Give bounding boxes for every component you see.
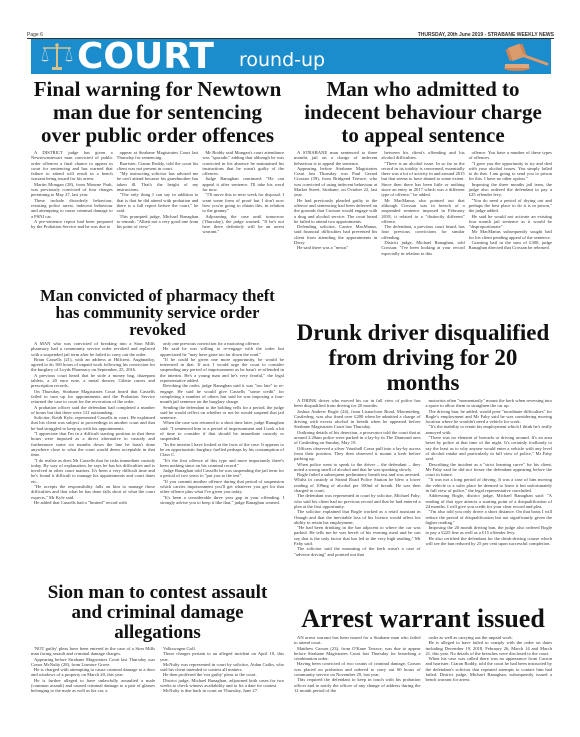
article-column: AN arrest warrant has been issued for a …	[294, 635, 421, 693]
dateline: THURSDAY, 20th June 2019 - STRABANE WEEK…	[418, 32, 554, 38]
article-drunk-driver: Drunk driver disqualified from driving f…	[294, 320, 552, 557]
paragraph: Bogle failed a subsequent preliminary br…	[294, 472, 421, 493]
paragraph: Outlining details of his detection, a pr…	[294, 430, 421, 446]
paragraph: McNulty was represented in court by soli…	[160, 662, 284, 673]
paragraph: "It's been a considerable three year gap…	[160, 495, 284, 506]
banner-subtitle: round-up	[239, 50, 325, 70]
paragraph: When his case was called there was no ap…	[426, 656, 553, 682]
headline: Drunk driver disqualified from driving f…	[294, 320, 552, 395]
paragraph: "He had been drinking in the bar adjacen…	[294, 525, 421, 546]
paragraph: Mr MacManus also pointed out that althou…	[381, 198, 464, 224]
headline: Final warning for Newtown man due for se…	[31, 78, 284, 147]
paragraph: "There was no element of bravado or driv…	[426, 435, 553, 461]
paragraph: Judge Ranaghan told Cassells he was susp…	[160, 468, 284, 479]
scales-of-justice-icon	[39, 42, 75, 72]
paragraph: "It's the inability to retain his employ…	[426, 424, 553, 435]
paragraph: "I gave you the opportunity to try and d…	[469, 161, 552, 182]
paragraph: Barrister, Ciaran Roddy, told the court …	[117, 161, 199, 172]
paragraph: Judge Ranaghan continued: "He can appeal…	[202, 176, 284, 192]
article-column: between his client's offending and his a…	[381, 150, 464, 256]
article-column: A DISTRICT judge has given a Newtownstew…	[31, 150, 113, 235]
paragraph: He is alleged to have failed to comply w…	[426, 640, 553, 656]
court-roundup-banner: COURT round-up	[31, 39, 551, 74]
paragraph: "It was not a long period of driving. It…	[426, 477, 553, 493]
paragraph: between his client's offending and his a…	[381, 150, 464, 161]
article-arrest-warrant: Arrest warrant issued AN arrest warrant …	[294, 606, 552, 693]
paragraph: Having been convicted of two counts of c…	[294, 661, 421, 677]
paragraph: He added that Cassells had a "limited" r…	[31, 500, 155, 505]
article-newtown: Final warning for Newtown man due for se…	[31, 78, 284, 235]
paragraph: motorists often "momentarily" mount the …	[426, 398, 553, 409]
paragraph: Mr MacManus subsequently sought bail for…	[469, 229, 552, 240]
paragraph: "You do need a period of drying out and …	[469, 198, 552, 214]
paragraph: "I'm also told you only drove a short di…	[426, 509, 553, 525]
paragraph: Mr Roddy said Mongan's court attendance …	[202, 150, 284, 176]
paragraph: offence. You have a number of these type…	[469, 150, 552, 161]
article-pharmacy-theft: Man convicted of pharmacy theft has comm…	[31, 287, 284, 505]
paragraph: AN arrest warrant has been issued for a …	[294, 635, 421, 646]
paragraph: A MAN who was convicted of breaking into…	[31, 341, 155, 357]
article-indecent-behaviour: Man who admitted to indecent behaviour c…	[294, 78, 552, 256]
paragraph: Adjourning the case until tomorrow (Thur…	[202, 214, 284, 235]
page-number: Page 6	[27, 32, 43, 38]
paragraph: District judge, Michael Ranaghan, adjour…	[160, 678, 284, 689]
paragraph: "I do realise as does Mr Cassells that h…	[31, 458, 155, 484]
paragraph: A DRINK driver who moved his car in full…	[294, 398, 421, 409]
paragraph: The solicitor explained that Bogle worke…	[294, 509, 421, 525]
paragraph: Addressing Bogle, district judge, Michae…	[426, 493, 553, 509]
paragraph: Revoking the order, judge Ranaghan said …	[160, 383, 284, 404]
paragraph: He said he was willing to re-engage with…	[160, 346, 284, 357]
paragraph: He had previously pleaded guilty to the …	[294, 198, 377, 224]
paragraph: Matthew Carson (23), from O'Kane Terrace…	[294, 646, 421, 662]
paragraph: "The only thing I can say in addition to…	[117, 192, 199, 213]
article-column: A STRABANE man sentenced to three months…	[294, 150, 377, 256]
paragraph: These include disorderly behaviour, resi…	[31, 198, 113, 219]
paragraph: Granting bail in the sum of £300, judge …	[469, 240, 552, 251]
paragraph: He is charged with attempting to cause c…	[31, 667, 155, 678]
article-column: offence. You have a number of these type…	[469, 150, 552, 256]
paragraph: Martin Mongan (28), from Mourne Park, wa…	[31, 182, 113, 198]
paragraph: The solicitor said the mounting of the k…	[294, 546, 421, 557]
banner-title: COURT	[77, 39, 214, 74]
paragraph: "If he could be given one more opportuni…	[160, 357, 284, 383]
paragraph: The defendant was represented in court b…	[294, 493, 421, 509]
headline: Man who admitted to indecent behaviour c…	[294, 78, 552, 147]
paragraph: A pre-sentence report had been prepared …	[31, 219, 113, 230]
paragraph: Solicitor, Keith Kyle, represented Casse…	[31, 415, 155, 431]
paragraph: 'NOT guilty' pleas have been entered in …	[31, 646, 155, 657]
paragraph: A DISTRICT judge has given a Newtownstew…	[31, 150, 113, 182]
article-column: A MAN who was convicted of breaking into…	[31, 341, 155, 505]
paragraph: Appearing before Strabane Magistrates Co…	[294, 166, 377, 198]
paragraph: This required the defendant to keep in t…	[294, 677, 421, 693]
paragraph: The defendant, a previous court heard, h…	[381, 224, 464, 240]
article-column: order as well as carrying out the unpaid…	[426, 635, 553, 693]
paragraph: The driving ban, he added, would pose "i…	[426, 409, 553, 425]
paragraph: appear at Strabane Magistrates Court las…	[117, 150, 199, 161]
paragraph: "I appreciate that I'm in a difficult st…	[31, 431, 155, 457]
paragraph: He said he would not activate an existin…	[469, 214, 552, 230]
headline: Man convicted of pharmacy theft has comm…	[31, 287, 284, 338]
article-column: only one previous conviction for a motor…	[160, 341, 284, 505]
paragraph: Those charges pertain to an alleged inci…	[160, 651, 284, 662]
paragraph: Defending solicitor, Canice MacManus, sa…	[294, 224, 377, 245]
headline: Sion man to contest assault and criminal…	[31, 583, 284, 643]
paragraph: "He accepts the responsibility falls on …	[31, 484, 155, 500]
article-column: appear at Strabane Magistrates Court las…	[117, 150, 199, 235]
article-sion-man: Sion man to contest assault and criminal…	[31, 583, 284, 694]
paragraph: "It's the first offence of this type and…	[160, 458, 284, 469]
paragraph: "I'll move this to next week for disposa…	[202, 192, 284, 213]
paragraph: Sending the defendant to the holding cel…	[160, 405, 284, 421]
paragraph: "If you commit another offence during th…	[160, 479, 284, 495]
paragraph: A STRABANE man sentenced to three months…	[294, 150, 377, 166]
paragraph: "My instructing solicitor has advised me…	[117, 171, 199, 192]
paragraph: Imposing the three months jail term, the…	[469, 182, 552, 198]
paragraph: Describing the incident as a "strict lea…	[426, 462, 553, 478]
paragraph: Brian Cassells (21), with an address at …	[31, 357, 155, 373]
paragraph: This prompted judge, Michael Ranaghan to…	[117, 214, 199, 230]
article-column: Mr Roddy said Mongan's court attendance …	[202, 150, 284, 235]
article-column: A DRINK driver who moved his car in full…	[294, 398, 421, 557]
paragraph: When the case was returned to a short ti…	[160, 420, 284, 441]
paragraph: On Thursday, Strabane Magistrates Court …	[31, 389, 155, 405]
paragraph: A previous court heard that he stole a m…	[31, 373, 155, 389]
article-column: Volkswagen Golf. Those charges pertain t…	[160, 646, 284, 694]
paragraph: McNulty is due back in court on Thursday…	[160, 688, 284, 693]
article-column: motorists often "momentarily" mount the …	[426, 398, 553, 557]
paragraph: He said there was a "nexus"	[294, 245, 377, 250]
paragraph: A probation officer said the defendant h…	[31, 405, 155, 416]
paragraph: Officers observed a silver Vauxhall Cors…	[294, 446, 421, 462]
paragraph: District judge, Michael Ranaghan, told C…	[381, 240, 464, 256]
paragraph: "There is an alcohol issue. In so far as…	[381, 161, 464, 198]
paragraph: Imposing the 20 month driving ban, the j…	[426, 525, 553, 536]
paragraph: When police went to speak to the driver …	[294, 462, 421, 473]
article-column: 'NOT guilty' pleas have been entered in …	[31, 646, 155, 694]
paragraph: He also certified the defendant for the …	[426, 536, 553, 547]
headline: Arrest warrant issued	[294, 606, 552, 632]
paragraph: Appearing before Strabane Magistrates Co…	[31, 657, 155, 668]
paragraph: Joshua Andrew Bogle (24), from Lisnacloo…	[294, 409, 421, 430]
paragraph: He is further alleged to have unlawfully…	[31, 678, 155, 694]
page-header: Page 6 THURSDAY, 20th June 2019 - STRABA…	[27, 30, 554, 39]
gavel-icon	[501, 42, 549, 72]
paragraph: "In the interim I have looked at the fac…	[160, 442, 284, 458]
